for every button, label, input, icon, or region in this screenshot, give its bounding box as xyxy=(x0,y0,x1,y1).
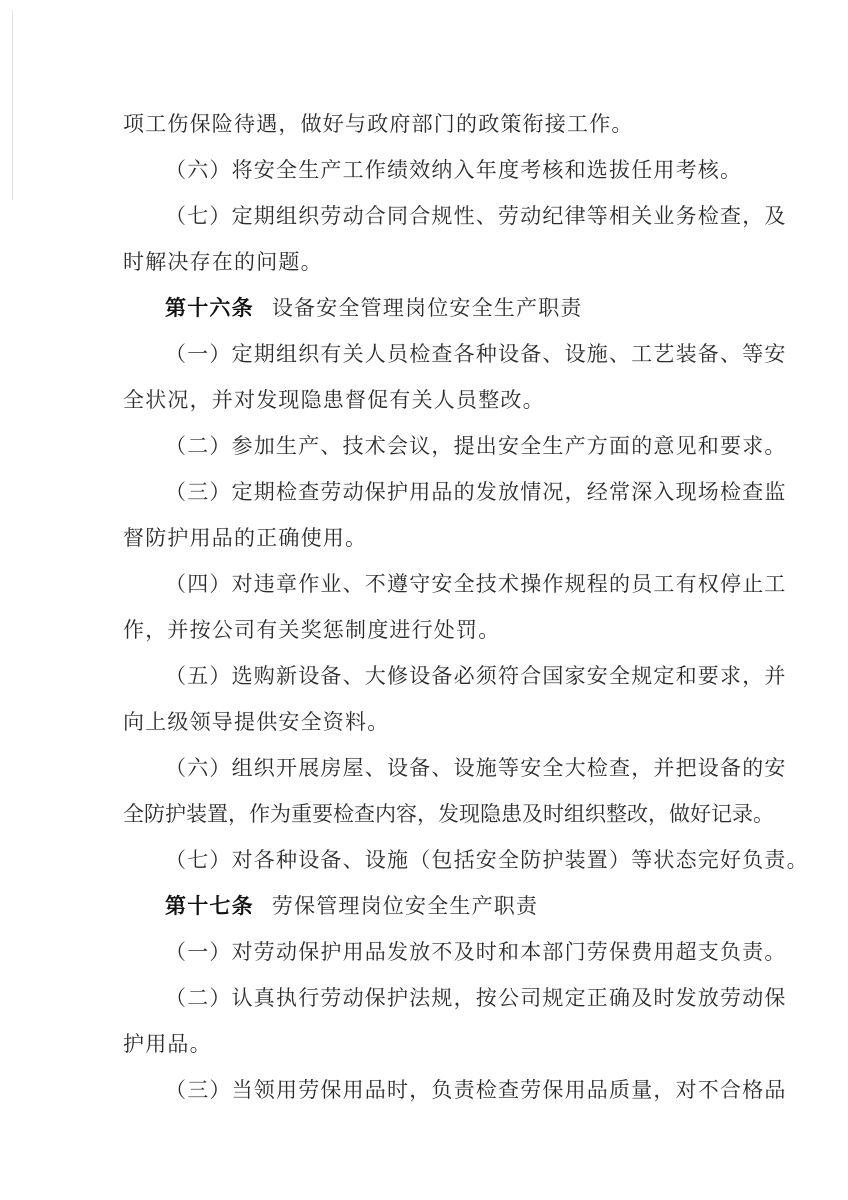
paragraph-line: （七）对各种设备、设施（包括安全防护装置）等状态完好负责。 xyxy=(123,846,727,892)
article-number: 第十七条 xyxy=(165,893,254,918)
article-title: 劳保管理岗位安全生产职责 xyxy=(272,894,538,918)
paragraph-line: （一）定期组织有关人员检查各种设备、设施、工艺装备、等安 xyxy=(123,340,727,386)
paragraph-line: 时解决存在的问题。 xyxy=(123,248,727,294)
paragraph-line: 全状况，并对发现隐患督促有关人员整改。 xyxy=(123,386,727,432)
paragraph-line: 向上级领导提供安全资料。 xyxy=(123,708,727,754)
paragraph-line: （四）对违章作业、不遵守安全技术操作规程的员工有权停止工 xyxy=(123,570,727,616)
document-page: 项工伤保险待遇，做好与政府部门的政策衔接工作。 （六）将安全生产工作绩效纳入年度… xyxy=(123,110,727,1122)
paragraph-line: （六）组织开展房屋、设备、设施等安全大检查，并把设备的安 xyxy=(123,754,727,800)
article-title: 设备安全管理岗位安全生产职责 xyxy=(272,296,583,320)
paragraph-line: （六）将安全生产工作绩效纳入年度考核和选拔任用考核。 xyxy=(123,156,727,202)
paragraph-line: 督防护用品的正确使用。 xyxy=(123,524,727,570)
paragraph-line: （五）选购新设备、大修设备必须符合国家安全规定和要求，并 xyxy=(123,662,727,708)
paragraph-line: （三）当领用劳保用品时，负责检查劳保用品质量，对不合格品 xyxy=(123,1076,727,1122)
paragraph-line: （一）对劳动保护用品发放不及时和本部门劳保费用超支负责。 xyxy=(123,938,727,984)
paragraph-line: 全防护装置，作为重要检查内容，发现隐患及时组织整改，做好记录。 xyxy=(123,800,727,846)
paragraph-line: （七）定期组织劳动合同合规性、劳动纪律等相关业务检查，及 xyxy=(123,202,727,248)
scan-edge-line xyxy=(12,10,13,200)
paragraph-line: 作，并按公司有关奖惩制度进行处罚。 xyxy=(123,616,727,662)
paragraph-line: （二）参加生产、技术会议，提出安全生产方面的意见和要求。 xyxy=(123,432,727,478)
paragraph-line: （二）认真执行劳动保护法规，按公司规定正确及时发放劳动保 xyxy=(123,984,727,1030)
paragraph-line: （三）定期检查劳动保护用品的发放情况，经常深入现场检查监 xyxy=(123,478,727,524)
article-heading-16: 第十六条设备安全管理岗位安全生产职责 xyxy=(123,294,727,340)
paragraph-line: 项工伤保险待遇，做好与政府部门的政策衔接工作。 xyxy=(123,110,727,156)
paragraph-line: 护用品。 xyxy=(123,1030,727,1076)
article-heading-17: 第十七条劳保管理岗位安全生产职责 xyxy=(123,892,727,938)
article-number: 第十六条 xyxy=(165,295,254,320)
